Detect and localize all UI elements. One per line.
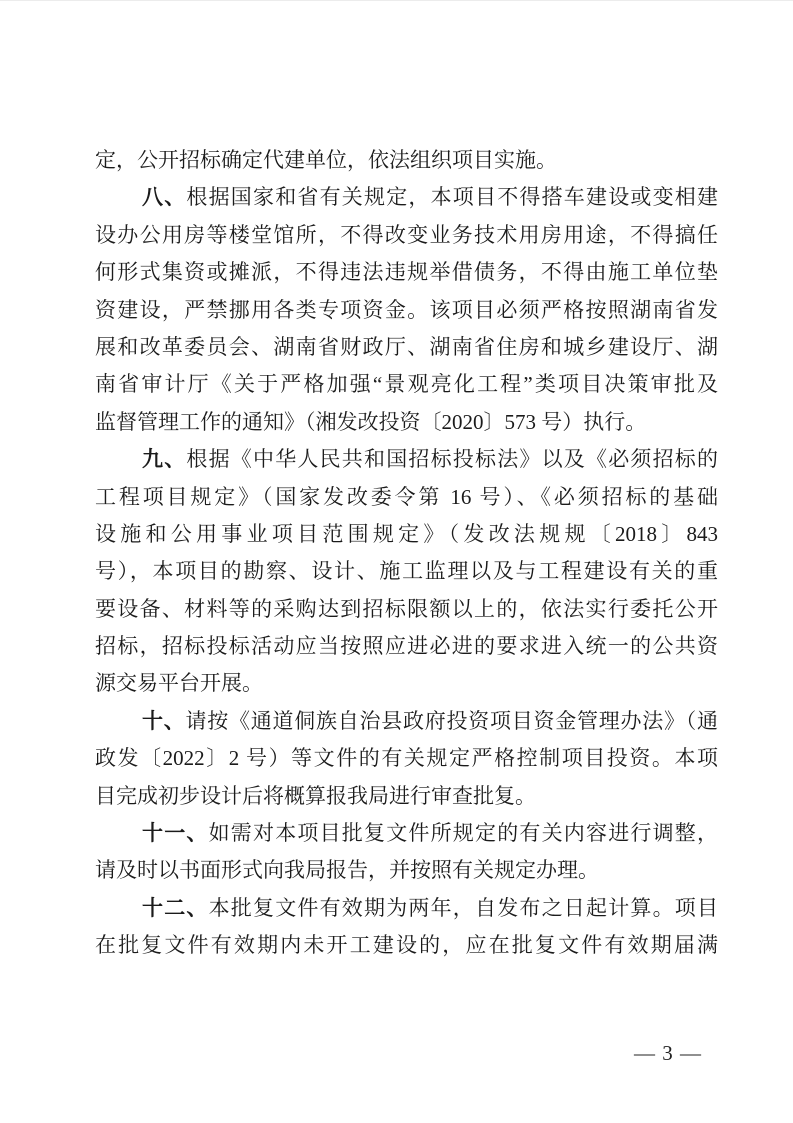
section-number: 十一、 [142,821,209,845]
section-number: 十二、 [142,896,209,920]
text-line-8: 监督管理工作的通知》（湘发改投资〔2020〕573 号）执行。 [95,404,718,441]
text-line-21: 十二、本批复文件有效期为两年，自发布之日起计算。项目 [95,890,718,927]
line-text: 根据《中华人民共和国招标投标法》以及《必须招标的 [186,447,718,471]
text-line-20: 请及时以书面形式向我局报告，并按照有关规定办理。 [95,852,718,889]
section-number: 八、 [142,185,186,209]
line-text: 源交易平台开展。 [95,671,263,695]
text-line-13: 要设备、材料等的采购达到招标限额以上的，依法实行委托公开 [95,591,718,628]
text-line-19: 十一、如需对本项目批复文件所规定的有关内容进行调整， [95,815,718,852]
text-line-15: 源交易平台开展。 [95,665,718,702]
line-text: 目完成初步设计后将概算报我局进行审查批复。 [95,784,536,808]
line-text: 展和改革委员会、湖南省财政厅、湖南省住房和城乡建设厅、湖 [95,335,718,359]
text-line-9: 九、根据《中华人民共和国招标投标法》以及《必须招标的 [95,441,718,478]
line-text: 设施和公用事业项目范围规定》（发改法规规〔2018〕843 [95,522,718,546]
text-line-10: 工程项目规定》（国家发改委令第 16 号）、《必须招标的基础 [95,479,718,516]
page-number: — 3 — [634,1041,702,1066]
line-text: 本批复文件有效期为两年，自发布之日起计算。项目 [209,896,718,920]
line-text: 监督管理工作的通知》（湘发改投资〔2020〕573 号）执行。 [95,410,646,434]
line-text: 招标，招标投标活动应当按照应进必进的要求进入统一的公共资 [95,634,718,658]
line-text: 设办公用房等楼堂馆所，不得改变业务技术用房用途，不得搞任 [95,223,718,247]
text-line-5: 资建设，严禁挪用各类专项资金。该项目必须严格按照湖南省发 [95,292,718,329]
line-text: 要设备、材料等的采购达到招标限额以上的，依法实行委托公开 [95,597,718,621]
line-text: 南省审计厅《关于严格加强“景观亮化工程”类项目决策审批及 [95,372,718,396]
line-text: 请及时以书面形式向我局报告，并按照有关规定办理。 [95,858,599,882]
text-line-6: 展和改革委员会、湖南省财政厅、湖南省住房和城乡建设厅、湖 [95,329,718,366]
text-line-18: 目完成初步设计后将概算报我局进行审查批复。 [95,778,718,815]
line-text: 如需对本项目批复文件所规定的有关内容进行调整， [209,821,718,845]
text-line-22: 在批复文件有效期内未开工建设的，应在批复文件有效期届满 [95,927,718,964]
line-text: 政发〔2022〕2 号）等文件的有关规定严格控制项目投资。本项 [95,746,718,770]
text-line-12: 号），本项目的勘察、设计、施工监理以及与工程建设有关的重 [95,553,718,590]
line-text: 号），本项目的勘察、设计、施工监理以及与工程建设有关的重 [95,559,718,583]
document-page: 定，公开招标确定代建单位，依法组织项目实施。八、根据国家和省有关规定，本项目不得… [0,0,793,1123]
text-line-11: 设施和公用事业项目范围规定》（发改法规规〔2018〕843 [95,516,718,553]
section-number: 九、 [142,447,186,471]
text-line-3: 设办公用房等楼堂馆所，不得改变业务技术用房用途，不得搞任 [95,217,718,254]
line-text: 定，公开招标确定代建单位，依法组织项目实施。 [95,148,557,172]
text-line-14: 招标，招标投标活动应当按照应进必进的要求进入统一的公共资 [95,628,718,665]
text-line-16: 十、请按《通道侗族自治县政府投资项目资金管理办法》（通 [95,703,718,740]
section-number: 十、 [142,709,186,733]
text-line-1: 定，公开招标确定代建单位，依法组织项目实施。 [95,142,718,179]
document-body: 定，公开招标确定代建单位，依法组织项目实施。八、根据国家和省有关规定，本项目不得… [95,142,718,965]
text-line-2: 八、根据国家和省有关规定，本项目不得搭车建设或变相建 [95,179,718,216]
line-text: 在批复文件有效期内未开工建设的，应在批复文件有效期届满 [95,933,718,957]
line-text: 何形式集资或摊派，不得违法违规举借债务，不得由施工单位垫 [95,260,718,284]
line-text: 请按《通道侗族自治县政府投资项目资金管理办法》（通 [186,709,719,733]
text-line-7: 南省审计厅《关于严格加强“景观亮化工程”类项目决策审批及 [95,366,718,403]
line-text: 资建设，严禁挪用各类专项资金。该项目必须严格按照湖南省发 [95,298,718,322]
text-line-17: 政发〔2022〕2 号）等文件的有关规定严格控制项目投资。本项 [95,740,718,777]
line-text: 根据国家和省有关规定，本项目不得搭车建设或变相建 [186,185,718,209]
text-line-4: 何形式集资或摊派，不得违法违规举借债务，不得由施工单位垫 [95,254,718,291]
line-text: 工程项目规定》（国家发改委令第 16 号）、《必须招标的基础 [95,485,718,509]
